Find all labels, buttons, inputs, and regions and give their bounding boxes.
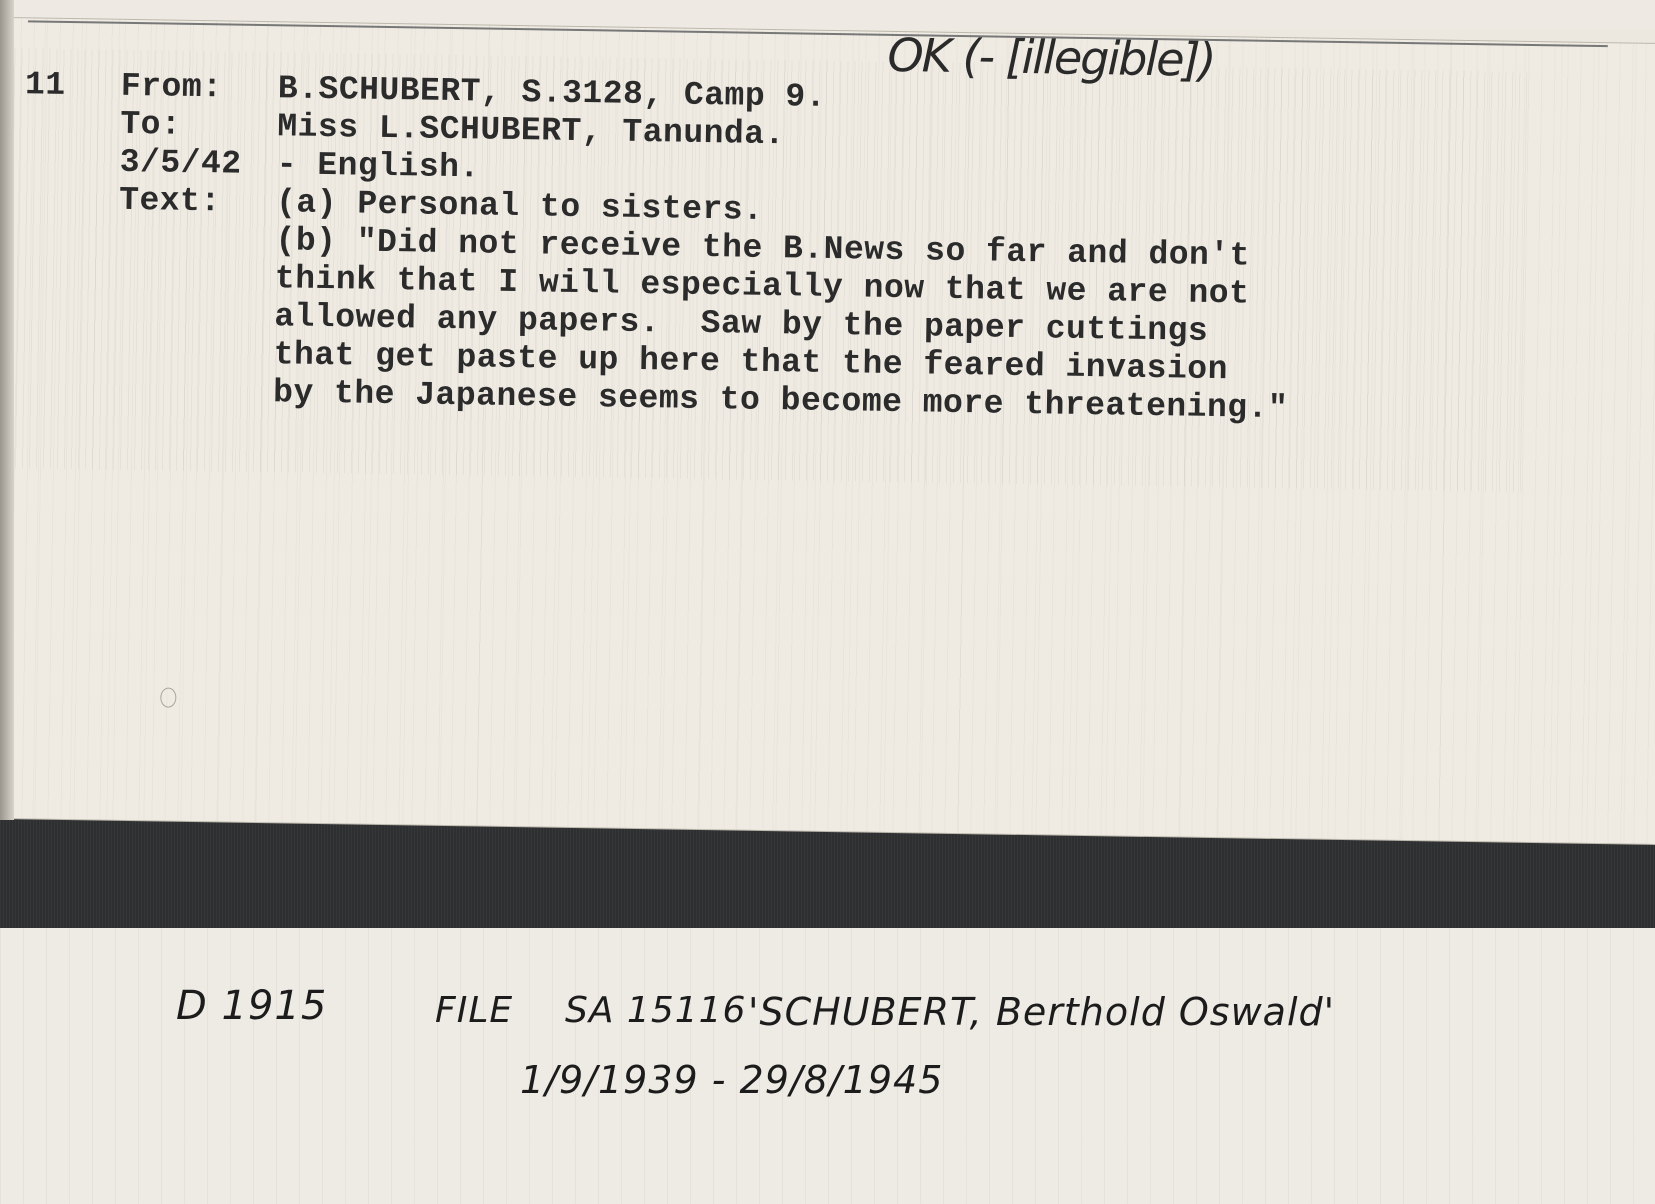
file-label: FILE: [435, 990, 513, 1031]
from-label: From:: [121, 68, 223, 108]
punch-hole: [160, 687, 176, 707]
to-label: To:: [120, 106, 182, 145]
entry-number: 11: [25, 66, 66, 105]
card-left-edge: [0, 0, 14, 820]
series-number: D 1915: [176, 983, 327, 1029]
censorship-record-card: OK (- [illegible]) 11 From: B.SCHUBERT, …: [0, 18, 1655, 844]
language-value: - English.: [276, 146, 480, 187]
file-date-range: 1/9/1939 - 29/8/1945: [520, 1058, 943, 1102]
file-number: SA 15116: [565, 990, 746, 1031]
text-label: Text:: [119, 182, 221, 222]
date-label: 3/5/42: [119, 144, 241, 184]
file-subject: 'SCHUBERT, Berthold Oswald': [748, 990, 1335, 1034]
file-cover-sheet: D 1915 FILE SA 15116 'SCHUBERT, Berthold…: [0, 928, 1655, 1204]
handwritten-annotation: OK (- [illegible]): [887, 28, 1215, 87]
